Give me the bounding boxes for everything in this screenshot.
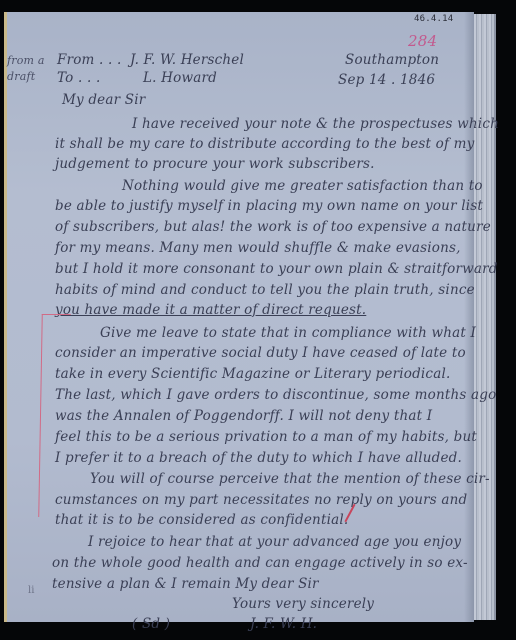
letter-line: cumstances on my part necessitates no re…	[55, 492, 467, 508]
letter-line: Nothing would give me greater satisfacti…	[122, 178, 483, 194]
closing: Yours very sincerely	[232, 596, 374, 612]
to-name: L. Howard	[143, 70, 217, 86]
letter-line: take in every Scientific Magazine or Lit…	[55, 366, 450, 382]
letter-line: tensive a plan & I remain My dear Sir	[52, 576, 319, 592]
margin-note-line-1: from a	[7, 54, 45, 67]
letter-line: of subscribers, but alas! the work is of…	[55, 219, 491, 235]
letter-line: it shall be my care to distribute accord…	[55, 136, 475, 152]
letter-date: Sep 14 . 1846	[338, 72, 435, 88]
letter-line: I have received your note & the prospect…	[132, 116, 499, 132]
archive-reference: 46.4.14	[414, 14, 453, 24]
letter-line-underlined: you have made it a matter of direct requ…	[55, 302, 366, 318]
letter-line: feel this to be a serious privation to a…	[55, 429, 477, 445]
from-label: From . . .	[57, 52, 122, 68]
letter-line: I prefer it to a breach of the duty to w…	[55, 450, 462, 466]
letter-line: but I hold it more consonant to your own…	[55, 261, 498, 277]
salutation: My dear Sir	[62, 92, 145, 108]
letter-line: for my means. Many men would shuffle & m…	[55, 240, 461, 256]
to-label: To . . .	[57, 70, 100, 86]
letter-line: The last, which I gave orders to discont…	[55, 387, 496, 403]
letter-line: habits of mind and conduct to tell you t…	[55, 282, 475, 298]
letter-line: judgement to procure your work subscribe…	[55, 156, 375, 172]
letter-line: consider an imperative social duty I hav…	[55, 345, 466, 361]
page-stack-edges	[474, 14, 496, 620]
page-gutter-shadow	[464, 12, 474, 622]
margin-pencil-mark: li	[28, 585, 34, 596]
letter-line: on the whole good health and can engage …	[52, 555, 468, 571]
letter-place: Southampton	[345, 52, 439, 68]
letter-line: be able to justify myself in placing my …	[55, 198, 483, 214]
letter-line: was the Annalen of Poggendorff. I will n…	[55, 408, 432, 424]
signature: J. F. W. H.	[250, 616, 317, 632]
letter-line: Give me leave to state that in complianc…	[100, 325, 476, 341]
folio-number: 284	[408, 32, 437, 50]
letter-line: You will of course perceive that the men…	[90, 471, 490, 487]
margin-note-line-2: draft	[7, 70, 35, 83]
letter-line: I rejoice to hear that at your advanced …	[88, 534, 461, 550]
letter-line: that it is to be considered as confident…	[55, 512, 348, 528]
from-name: J. F. W. Herschel	[130, 52, 244, 68]
signed-label: ( Sd )	[132, 616, 170, 632]
